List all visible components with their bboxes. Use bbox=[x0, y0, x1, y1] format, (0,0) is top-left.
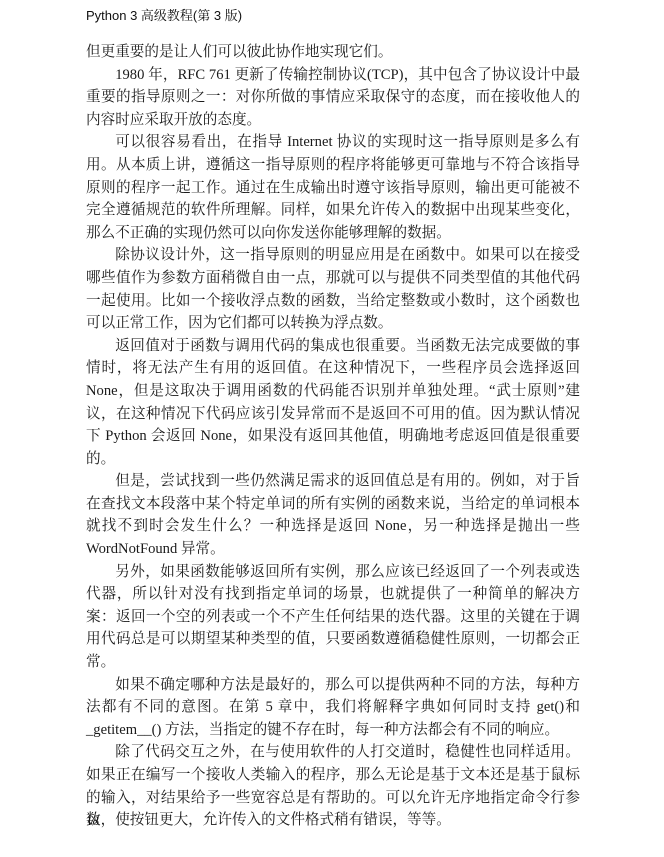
body-text: 但更重要的是让人们可以彼此协作地实现它们。 1980 年，RFC 761 更新了… bbox=[86, 41, 580, 832]
document-page: Python 3 高级教程(第 3 版) 但更重要的是让人们可以彼此协作地实现它… bbox=[0, 0, 664, 857]
paragraph-6: 但是，尝试找到一些仍然满足需求的返回值总是有用的。例如，对于旨在查找文本段落中某… bbox=[86, 470, 580, 560]
paragraph-8: 如果不确定哪种方法是最好的，那么可以提供两种不同的方法，每种方法都有不同的意图。… bbox=[86, 674, 580, 742]
running-header: Python 3 高级教程(第 3 版) bbox=[86, 5, 242, 24]
paragraph-1: 但更重要的是让人们可以彼此协作地实现它们。 bbox=[86, 41, 580, 64]
page-number: 18 bbox=[86, 813, 99, 829]
paragraph-2: 1980 年，RFC 761 更新了传输控制协议(TCP)，其中包含了协议设计中… bbox=[86, 64, 580, 132]
paragraph-3: 可以很容易看出，在指导 Internet 协议的实现时这一指导原则是多么有用。从… bbox=[86, 131, 580, 244]
paragraph-4: 除协议设计外，这一指导原则的明显应用是在函数中。如果可以在接受哪些值作为参数方面… bbox=[86, 244, 580, 334]
paragraph-9: 除了代码交互之外，在与使用软件的人打交道时，稳健性也同样适用。如果正在编写一个接… bbox=[86, 741, 580, 831]
paragraph-7: 另外，如果函数能够返回所有实例，那么应该已经返回了一个列表或迭代器，所以针对没有… bbox=[86, 561, 580, 674]
paragraph-5: 返回值对于函数与调用代码的集成也很重要。当函数无法完成要做的事情时，将无法产生有… bbox=[86, 335, 580, 471]
